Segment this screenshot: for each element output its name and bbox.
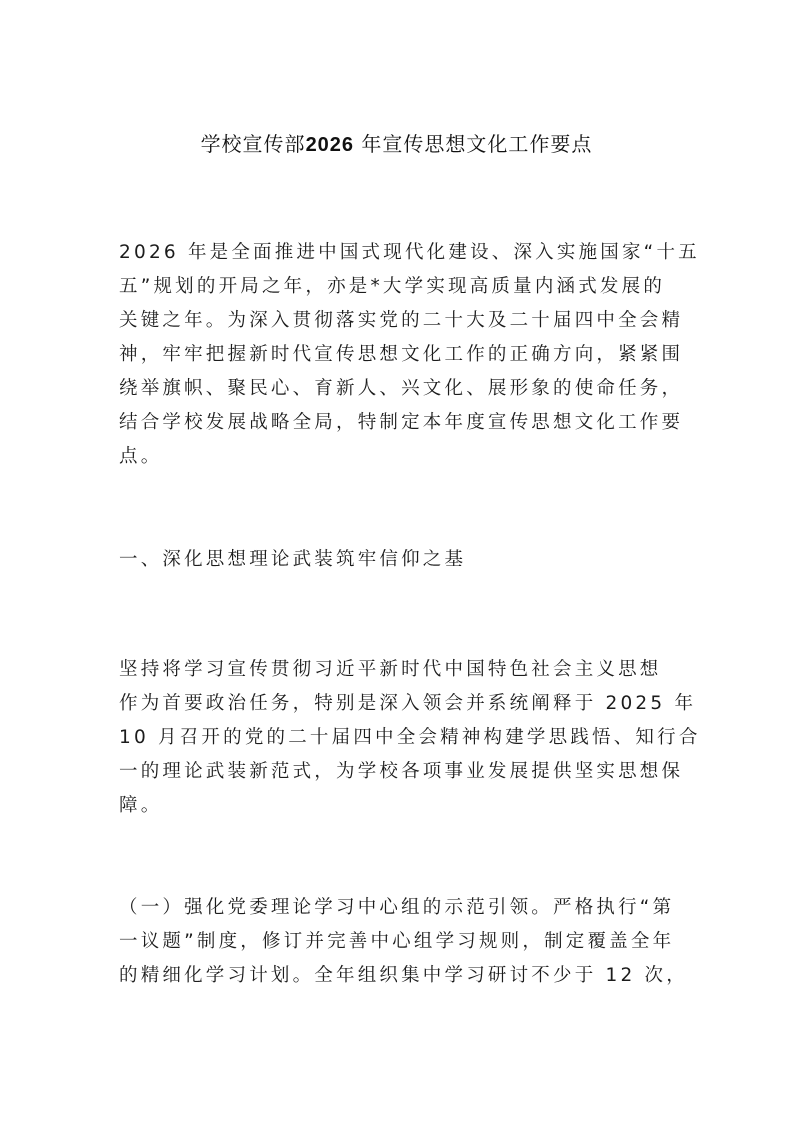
intro-line: 绕举旗帜、聚民心、育新人、兴文化、展形象的使命任务，	[119, 372, 671, 406]
subsection-1-line: 一议题”制度，修订并完善中心组学习规则，制定覆盖全年	[119, 925, 671, 959]
section-1-paragraph: 坚持将学习宣传贯彻习近平新时代中国特色社会主义思想 作为首要政治任务，特别是深入…	[119, 653, 671, 823]
subsection-1-paragraph: （一）强化党委理论学习中心组的示范引领。严格执行“第 一议题”制度，修订并完善中…	[119, 891, 671, 993]
intro-line: 五”规划的开局之年，亦是*大学实现高质量内涵式发展的	[119, 270, 671, 304]
document-page: 学校宣传部2026 年宣传思想文化工作要点 2026 年是全面推进中国式现代化建…	[0, 0, 793, 1122]
intro-line: 结合学校发展战略全局，特制定本年度宣传思想文化工作要	[119, 406, 671, 440]
intro-line: 点。	[119, 440, 671, 474]
section-1-line: 障。	[119, 789, 671, 823]
section-1-line: 坚持将学习宣传贯彻习近平新时代中国特色社会主义思想	[119, 653, 671, 687]
intro-line: 神，牢牢把握新时代宣传思想文化工作的正确方向，紧紧围	[119, 338, 671, 372]
subsection-1-line: 的精细化学习计划。全年组织集中学习研讨不少于 12 次，	[119, 959, 671, 993]
document-title: 学校宣传部2026 年宣传思想文化工作要点	[0, 128, 793, 161]
title-suffix: 年宣传思想文化工作要点	[354, 132, 592, 156]
section-1-line: 10 月召开的党的二十届四中全会精神构建学思践悟、知行合	[119, 721, 671, 755]
title-year: 2026	[306, 134, 355, 156]
title-prefix: 学校宣传部	[201, 132, 306, 156]
intro-line: 关键之年。为深入贯彻落实党的二十大及二十届四中全会精	[119, 304, 671, 338]
section-1-line: 作为首要政治任务，特别是深入领会并系统阐释于 2025 年	[119, 687, 671, 721]
intro-line: 2026 年是全面推进中国式现代化建设、深入实施国家“十五	[119, 236, 671, 270]
section-1-heading: 一、深化思想理论武装筑牢信仰之基	[119, 543, 466, 577]
subsection-1-line: （一）强化党委理论学习中心组的示范引领。严格执行“第	[119, 891, 671, 925]
intro-paragraph: 2026 年是全面推进中国式现代化建设、深入实施国家“十五 五”规划的开局之年，…	[119, 236, 671, 474]
section-1-line: 一的理论武装新范式，为学校各项事业发展提供坚实思想保	[119, 755, 671, 789]
